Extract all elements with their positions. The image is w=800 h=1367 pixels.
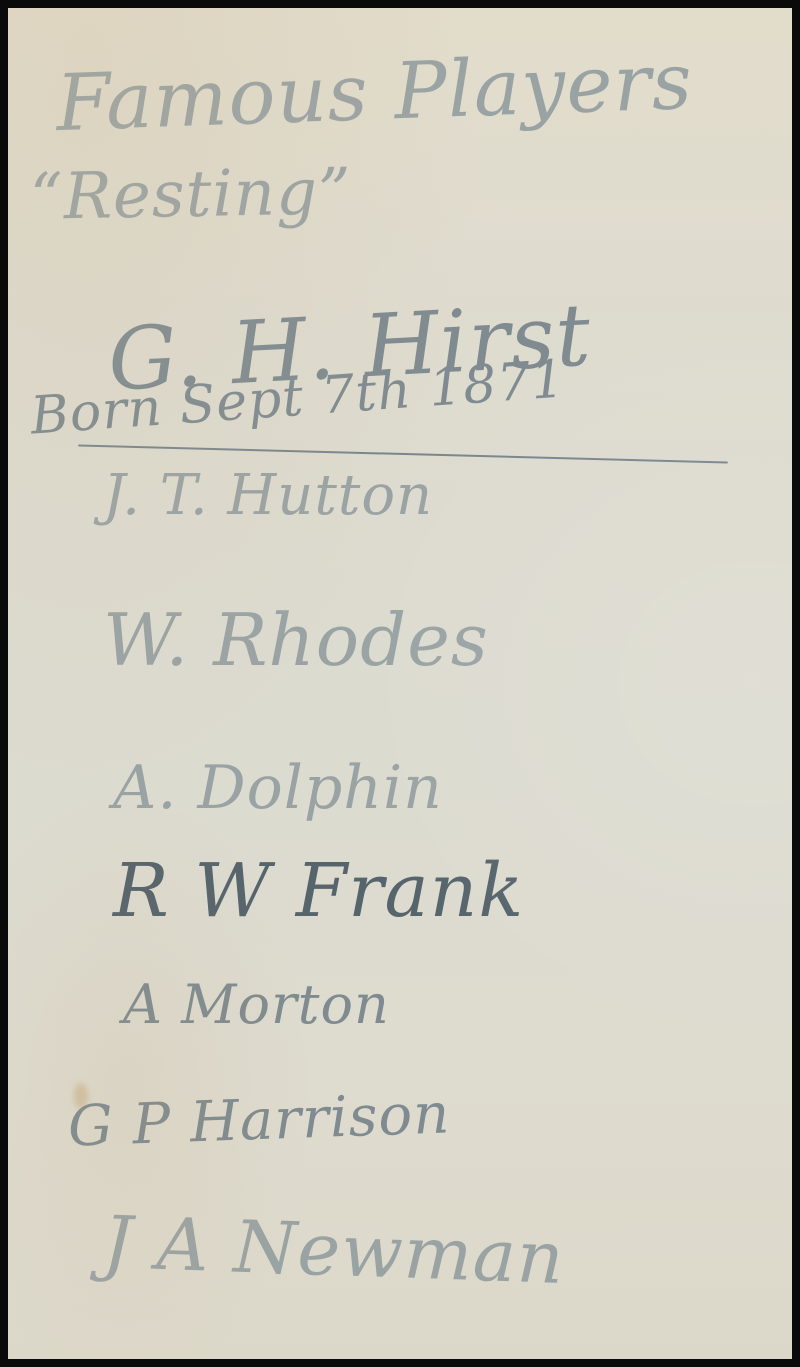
signature-dolphin: A. Dolphin <box>113 753 443 823</box>
hirst-underline <box>78 444 728 463</box>
signature-morton: A Morton <box>123 973 390 1036</box>
signature-rhodes: W. Rhodes <box>103 598 489 682</box>
heading-line-1: Famous Players <box>55 37 695 149</box>
autograph-page: Famous Players “Resting” G. H. Hirst Bor… <box>8 8 792 1359</box>
signature-hutton: J. T. Hutton <box>103 463 433 528</box>
heading-line-2: “Resting” <box>29 155 352 235</box>
signature-frank: R W Frank <box>113 848 524 934</box>
signature-newman: J A Newman <box>102 1200 566 1300</box>
signature-harrison: G P Harrison <box>67 1081 451 1159</box>
